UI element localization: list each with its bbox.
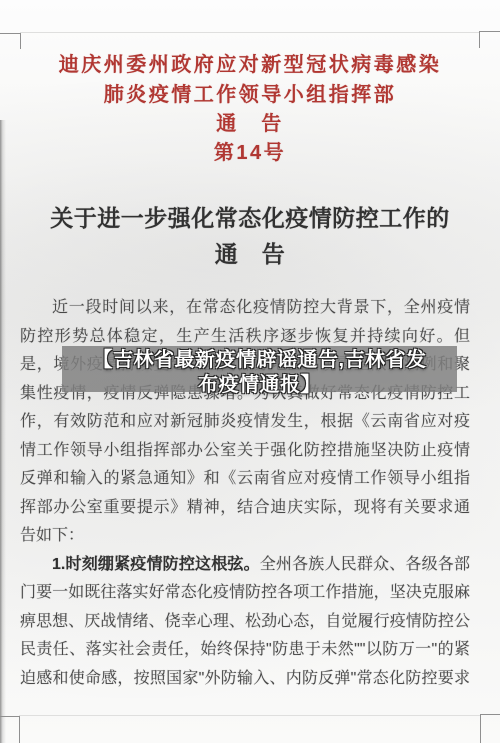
body-line: 告如下： (20, 522, 470, 551)
body-line: 门要一如既往落实好常态化疫情防控各项工作措施，坚决克服麻 (20, 579, 470, 608)
crop-mark-top-left (0, 33, 20, 34)
text-boundary-line-bottom (19, 715, 480, 716)
crop-mark-bottom-right (480, 714, 481, 743)
text-boundary-line-top (20, 32, 479, 33)
letterhead-org-line1: 迪庆州委州政府应对新型冠状病毒感染 (0, 53, 500, 77)
caption-overlay: 【吉林省最新疫情辟谣通告,吉林省发 布疫情通报】 (62, 346, 457, 392)
caption-line1: 【吉林省最新疫情辟谣通告,吉林省发 (62, 348, 457, 373)
body-line: 反弹和输入的紧急通知》和《云南省应对疫情工作领导小组指 (20, 465, 470, 494)
crop-mark-top-right (479, 31, 480, 48)
letterhead-org-line2: 肺炎疫情工作领导小组指挥部 (0, 83, 500, 107)
body-line: 情工作领导小组指挥部办公室关于强化防控措施坚决防止疫情 (20, 437, 470, 466)
body-line: 作，有效防范和应对新冠肺炎疫情发生，根据《云南省应对疫 (20, 408, 470, 437)
letterhead-doc-number: 第14号 (0, 141, 500, 165)
crop-mark-bottom-left (0, 716, 19, 717)
crop-mark-top-left (20, 33, 21, 49)
body-line: 痹思想、厌战情绪、侥幸心理、松劲心态，自觉履行疫情防控公 (20, 608, 470, 637)
body-line: 近一段时间以来，在常态化疫情防控大背景下，全州疫情 (20, 294, 470, 323)
body-line: 迫感和使命感，按照国家"外防输入、内防反弹"常态化防控要求 (20, 665, 470, 694)
body-line: 民责任、落实社会责任，始终保持"防患于未然""以防万一"的紧 (20, 636, 470, 665)
caption-line2: 布疫情通报】 (62, 373, 457, 398)
crop-mark-bottom-left (19, 716, 20, 743)
crop-mark-bottom-right (480, 714, 500, 715)
document-title-line1: 关于进一步强化常态化疫情防控工作的 (0, 205, 500, 232)
document-photo: 迪庆州委州政府应对新型冠状病毒感染 肺炎疫情工作领导小组指挥部 通 告 第14号… (0, 0, 500, 743)
body-line: 挥部办公室重要提示》精神，结合迪庆实际，现将有关要求通 (20, 494, 470, 523)
letterhead-doc-type: 通 告 (0, 112, 500, 136)
body-line: 1.时刻绷紧疫情防控这根弦。全州各族人民群众、各级各部 (20, 551, 470, 580)
crop-mark-top-right (479, 31, 500, 32)
document-title-line2: 通 告 (0, 241, 500, 268)
